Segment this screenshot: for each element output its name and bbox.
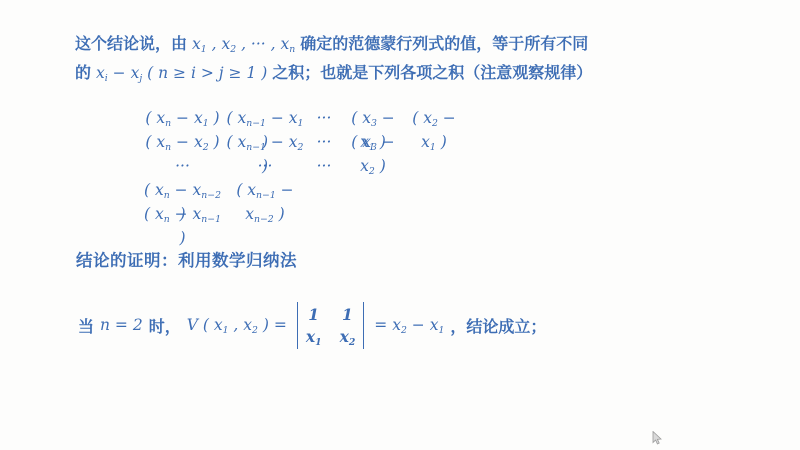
intro-line-1: 这个结论说，由x1 , x2 , ··· , xn确定的范德蒙行列式的值，等于所… [75,30,615,59]
base-case-condition: n = 2 [100,316,143,334]
intro-line-2-pre: 的 [75,65,91,82]
proof-heading: 结论的证明：利用数学归纳法 [76,247,297,271]
grid-cell: ( x3 − x1 ) [343,106,403,130]
base-case-lhs: V ( x1 , x2 ) = [187,316,287,334]
intro-line-1-post: 确定的范德蒙行列式的值，等于所有不同 [300,36,588,53]
ellipsis: ··· [305,106,343,130]
lecture-slide: 这个结论说，由x1 , x2 , ··· , xn确定的范德蒙行列式的值，等于所… [0,0,800,450]
determinant-cell: 1 [340,305,356,324]
intro-line-1-math: x1 , x2 , ··· , xn [192,35,295,53]
grid-cell: ( x2 − x1 ) [403,106,465,130]
intro-line-2-math: xi − xj ( n ≥ i > j ≥ 1 ) [96,64,267,82]
base-case-line: 当 n = 2 时， V ( x1 , x2 ) = 1 1 x1 x2 = x… [78,298,546,352]
ellipsis: ··· [140,154,225,178]
determinant-cell: 1 [306,305,322,324]
determinant-cell: x1 [306,327,322,346]
grid-cell: ( xn−1 − x2 ) [225,130,305,154]
grid-cell: ( xn − x2 ) [140,130,225,154]
grid-cell: ( x3 − x2 ) [343,130,403,154]
grid-row-1: ( xn − x1 ) ( xn−1 − x1 ) ··· ( x3 − x1 … [140,106,465,130]
determinant-cell: x2 [340,327,356,346]
product-grid: ( xn − x1 ) ( xn−1 − x1 ) ··· ( x3 − x1 … [140,106,465,226]
ellipsis: ··· [225,154,305,178]
base-case-lead2: 时， [149,314,181,337]
grid-row-4: ( xn − xn−2 ) ( xn−1 − xn−2 ) [140,178,465,202]
grid-cell: ( xn − x1 ) [140,106,225,130]
determinant: 1 1 x1 x2 [297,302,364,349]
grid-row-3: ··· ··· ··· [140,154,465,178]
ellipsis: ··· [305,130,343,154]
base-case-lead: 当 [78,314,94,337]
intro-line-2: 的xi − xj ( n ≥ i > j ≥ 1 )之积；也就是下列各项之积（注… [75,59,615,88]
intro-paragraph: 这个结论说，由x1 , x2 , ··· , xn确定的范德蒙行列式的值，等于所… [75,30,615,88]
base-case-rhs: = x2 − x1 [374,316,444,334]
intro-line-2-post: 之积；也就是下列各项之积（注意观察规律） [272,65,592,82]
mouse-pointer-icon [652,431,663,445]
grid-cell: ( xn−1 − xn−2 ) [225,178,305,202]
intro-line-1-pre: 这个结论说，由 [75,36,187,53]
base-case-tail: ，结论成立； [450,314,546,337]
grid-row-2: ( xn − x2 ) ( xn−1 − x2 ) ··· ( x3 − x2 … [140,130,465,154]
grid-cell: ( xn − xn−1 ) [140,202,225,226]
grid-cell: ( xn − xn−2 ) [140,178,225,202]
grid-row-5: ( xn − xn−1 ) [140,202,465,226]
grid-cell: ( xn−1 − x1 ) [225,106,305,130]
ellipsis: ··· [305,154,343,178]
